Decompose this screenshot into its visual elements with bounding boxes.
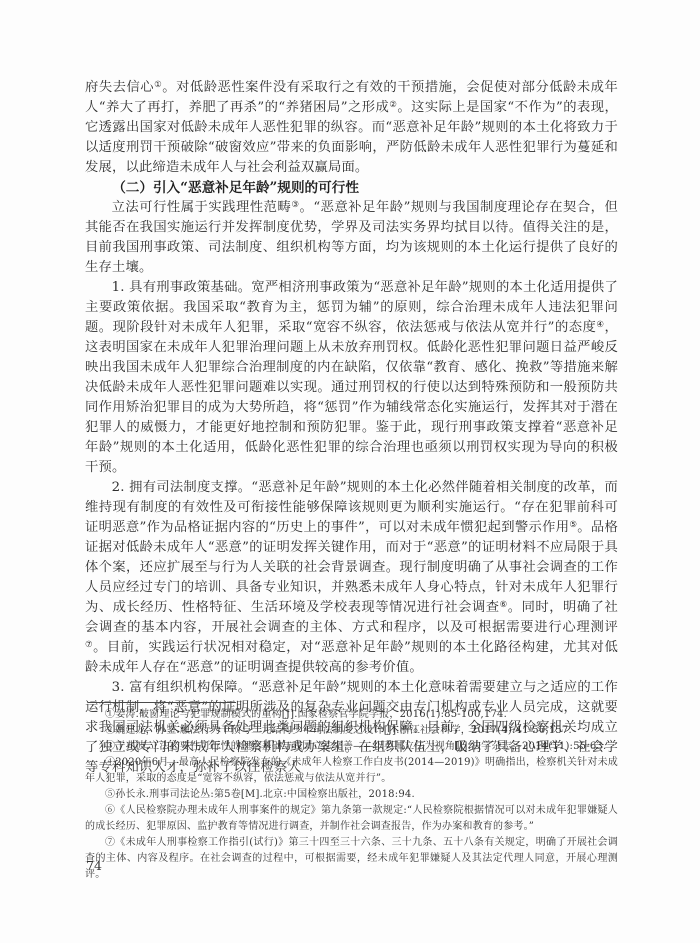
footnote-separator: [88, 702, 236, 703]
body-paragraph-intro: 府失去信心①。对低龄恶性案件没有采取行之有效的干预措施，会促使对部分低龄未成年人…: [85, 78, 618, 178]
footnotes-block: ①姜涛.破窗理论与犯罪规制模式的重构[J].国家检察官学院学报，2016(1):…: [85, 707, 618, 883]
body-paragraph-lead: 立法可行性属于实践理性范畴③。“恶意补足年龄”规则与我国制度理论存在契合，但其能…: [85, 198, 618, 278]
text-segment: 。目前，实践运行状况相对稳定，对“恶意补足年龄”规则的本土化路径构建，尤其对低龄…: [85, 640, 618, 675]
footnote-item-2: ②姚建龙，孙鉴.触法行为干预与二元结构少年司法制度之设计[J].浙江社会科学，2…: [85, 723, 618, 739]
footnote-item-6: ⑥《人民检察院办理未成年人刑事案件的规定》第九条第一款规定:“人民检察院根据情况…: [85, 803, 618, 835]
footnote-ref-6: ⑥: [500, 600, 508, 610]
footnote-item-4: ④2020年6月，最高人民检察院发布的《未成年人检察工作白皮书(2014—201…: [85, 755, 618, 787]
document-page: 府失去信心①。对低龄恶性案件没有采取行之有效的干预措施，会促使对部分低龄未成年人…: [0, 0, 700, 943]
text-segment: 立法可行性属于实践理性范畴: [112, 200, 292, 215]
section-heading: （二）引入“恶意补足年龄”规则的可行性: [85, 178, 618, 198]
footnote-ref-3: ③: [291, 200, 299, 210]
text-segment: ，这表明国家在未成年人犯罪治理问题上从未放弃刑罚权。低龄化恶性犯罪问题日益严峻反…: [85, 320, 618, 475]
footnote-ref-7: ⑦: [85, 640, 93, 650]
text-segment: 府失去信心: [85, 80, 154, 95]
page-number: 74: [86, 858, 102, 873]
footnote-ref-4: ④: [596, 320, 604, 330]
footnote-item-3: ③于兆波.立法必要性可行性的理论基础与我国立法完善——以英国立法为视角[J].法…: [85, 739, 618, 755]
body-paragraph-point2: 2. 拥有司法制度支撑。“恶意补足年龄”规则的本土化必然伴随着相关制度的改革，而…: [85, 478, 618, 678]
text-segment: 2. 拥有司法制度支撑。“恶意补足年龄”规则的本土化必然伴随着相关制度的改革，而…: [85, 480, 618, 535]
body-text-block: 府失去信心①。对低龄恶性案件没有采取行之有效的干预措施，会促使对部分低龄未成年人…: [85, 78, 618, 778]
footnote-item-5: ⑤孙长永.刑事司法论丛:第5卷[M].北京:中国检察出版社，2018:94.: [85, 787, 618, 803]
body-paragraph-point1: 1. 具有刑事政策基础。宽严相济刑事政策为“恶意补足年龄”规则的本土化适用提供了…: [85, 278, 618, 478]
footnote-item-7: ⑦《未成年人刑事检察工作指引(试行)》第三十四至三十六条、三十九条、五十八条有关…: [85, 835, 618, 883]
text-segment: 1. 具有刑事政策基础。宽严相济刑事政策为“恶意补足年龄”规则的本土化适用提供了…: [85, 280, 618, 335]
footnote-item-1: ①姜涛.破窗理论与犯罪规制模式的重构[J].国家检察官学院学报，2016(1):…: [85, 707, 618, 723]
